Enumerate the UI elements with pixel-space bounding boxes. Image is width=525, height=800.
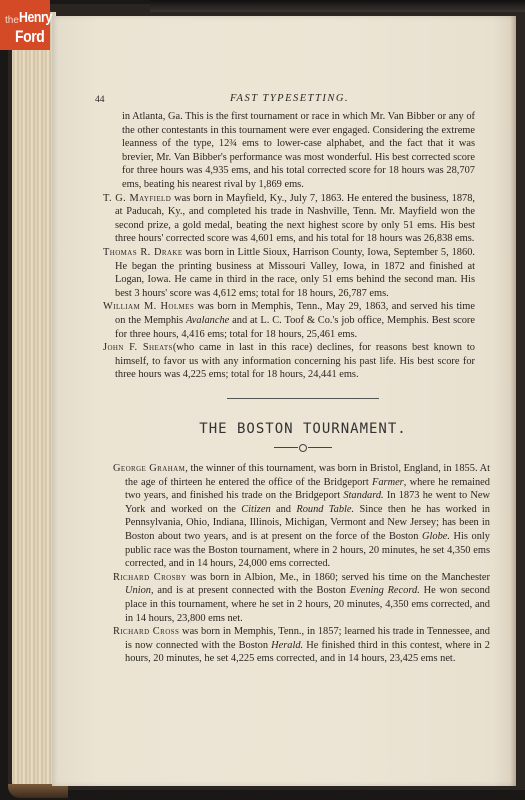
paragraph-van-bibber-continued: in Atlanta, Ga. This is the first tourna… — [95, 110, 475, 192]
section-title: THE BOSTON TOURNAMENT. — [113, 423, 493, 437]
paragraph-drake: Thomas R. Drake was born in Little Sioux… — [95, 246, 475, 300]
paragraph-cross: Richard Cross was born in Memphis, Tenn.… — [105, 625, 490, 666]
person-name: Richard Cross — [113, 626, 179, 637]
henry-ford-logo: the Henry Ford — [0, 0, 50, 50]
page-content: 44 FAST TYPESETTING. in Atlanta, Ga. Thi… — [95, 90, 475, 666]
logo-ford: Ford — [15, 28, 44, 45]
section-boston-biographies: George Graham, the winner of this tourna… — [105, 462, 490, 666]
logo-henry: Henry — [19, 10, 52, 25]
paragraph-holmes: William M. Holmes was born in Memphis, T… — [95, 300, 475, 341]
page-header: 44 FAST TYPESETTING. — [95, 90, 475, 110]
person-name: George Graham — [113, 463, 185, 474]
person-name: William M. Holmes — [103, 301, 194, 312]
ornament-circle-icon — [299, 444, 307, 452]
section-atlanta-biographies: in Atlanta, Ga. This is the first tourna… — [95, 110, 475, 382]
paragraph-crosby: Richard Crosby was born in Albion, Me., … — [105, 571, 490, 625]
person-name: Thomas R. Drake — [103, 247, 183, 258]
paragraph-graham: George Graham, the winner of this tourna… — [105, 462, 490, 571]
page-number: 44 — [95, 94, 105, 108]
person-name: Richard Crosby — [113, 572, 186, 583]
logo-the: the — [5, 16, 19, 26]
title-ornament — [113, 440, 493, 454]
paragraph-sheats: John F. Sheats(who came in last in this … — [95, 341, 475, 382]
running-head: FAST TYPESETTING. — [230, 92, 349, 106]
person-name: T. G. Mayfield — [103, 193, 171, 204]
person-name: John F. Sheats — [103, 342, 173, 353]
book-cover-edge — [150, 0, 525, 12]
section-divider-rule — [227, 398, 379, 399]
paragraph-mayfield: T. G. Mayfield was born in Mayfield, Ky.… — [95, 192, 475, 246]
page-stack-edges — [12, 12, 56, 792]
